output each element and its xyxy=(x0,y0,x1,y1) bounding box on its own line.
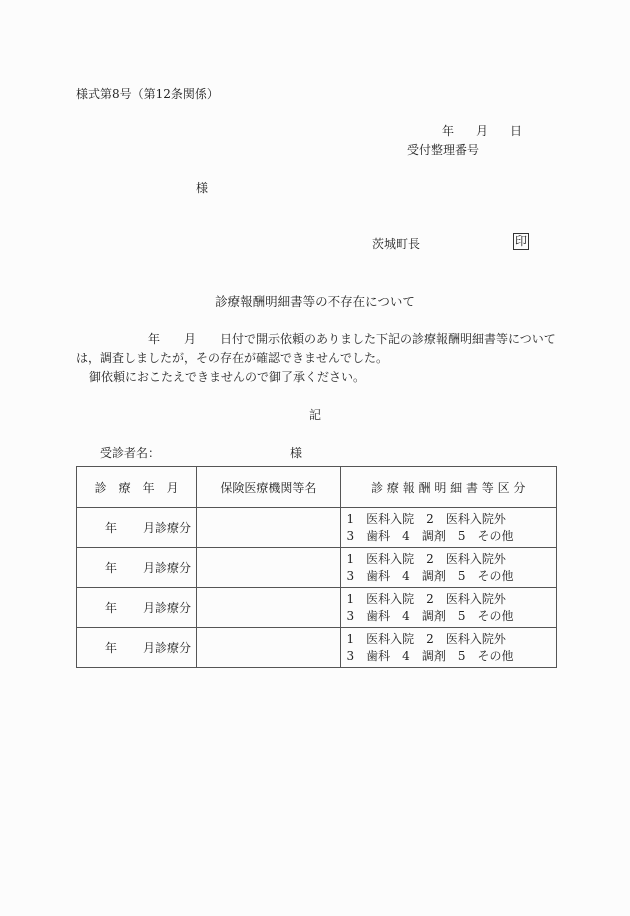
patient-name-line: 受診者名： 様 xyxy=(100,444,160,461)
treatment-period: 年月診療分 xyxy=(77,548,197,588)
body-text: 年 月 日付で開示依頼のありました下記の診療報酬明細書等について は，調査しまし… xyxy=(76,330,560,387)
seal-icon: 印 xyxy=(513,233,529,250)
table-header-row: 診 療 年 月 保険医療機関等名 診 療 報 酬 明 細 書 等 区 分 xyxy=(77,467,557,508)
category-cell: 1 医科入院 2 医科入院外3 歯科 4 調剤 5 その他 xyxy=(340,548,556,588)
body-line-2: は，調査しましたが，その存在が確認できませんでした。 xyxy=(76,349,560,368)
table-row: 年月診療分 1 医科入院 2 医科入院外3 歯科 4 調剤 5 その他 xyxy=(77,628,557,668)
document-title: 診療報酬明細書等の不存在について xyxy=(0,292,630,310)
institution-cell xyxy=(197,628,340,668)
ki-heading: 記 xyxy=(0,406,630,423)
treatment-period: 年月診療分 xyxy=(77,628,197,668)
institution-cell xyxy=(197,548,340,588)
table-row: 年月診療分 1 医科入院 2 医科入院外3 歯科 4 調剤 5 その他 xyxy=(77,548,557,588)
body-line-3: 御依頼におこたえできませんので御了承ください。 xyxy=(76,368,560,387)
table-row: 年月診療分 1 医科入院 2 医科入院外3 歯科 4 調剤 5 その他 xyxy=(77,588,557,628)
body-line-1: 年 月 日付で開示依頼のありました下記の診療報酬明細書等について xyxy=(76,330,560,349)
header-category: 診 療 報 酬 明 細 書 等 区 分 xyxy=(340,467,556,508)
institution-cell xyxy=(197,588,340,628)
header-institution: 保険医療機関等名 xyxy=(197,467,340,508)
patient-suffix: 様 xyxy=(290,444,302,461)
date-month: 月 xyxy=(476,122,488,139)
header-treatment-month: 診 療 年 月 xyxy=(77,467,197,508)
date-year: 年 xyxy=(442,122,454,139)
category-cell: 1 医科入院 2 医科入院外3 歯科 4 調剤 5 その他 xyxy=(340,508,556,548)
category-cell: 1 医科入院 2 医科入院外3 歯科 4 調剤 5 その他 xyxy=(340,628,556,668)
treatment-period: 年月診療分 xyxy=(77,588,197,628)
issuer-name: 茨城町長 xyxy=(372,235,420,252)
category-cell: 1 医科入院 2 医科入院外3 歯科 4 調剤 5 その他 xyxy=(340,588,556,628)
record-table: 診 療 年 月 保険医療機関等名 診 療 報 酬 明 細 書 等 区 分 年月診… xyxy=(76,466,557,668)
institution-cell xyxy=(197,508,340,548)
patient-label: 受診者名： xyxy=(100,446,160,460)
form-number: 様式第8号（第12条関係） xyxy=(76,85,219,102)
date-line: 年月日 xyxy=(442,122,522,139)
treatment-period: 年月診療分 xyxy=(77,508,197,548)
receipt-number-label: 受付整理番号 xyxy=(407,141,479,158)
addressee-suffix: 様 xyxy=(196,179,208,196)
table-row: 年月診療分 1 医科入院 2 医科入院外3 歯科 4 調剤 5 その他 xyxy=(77,508,557,548)
date-day: 日 xyxy=(510,122,522,139)
